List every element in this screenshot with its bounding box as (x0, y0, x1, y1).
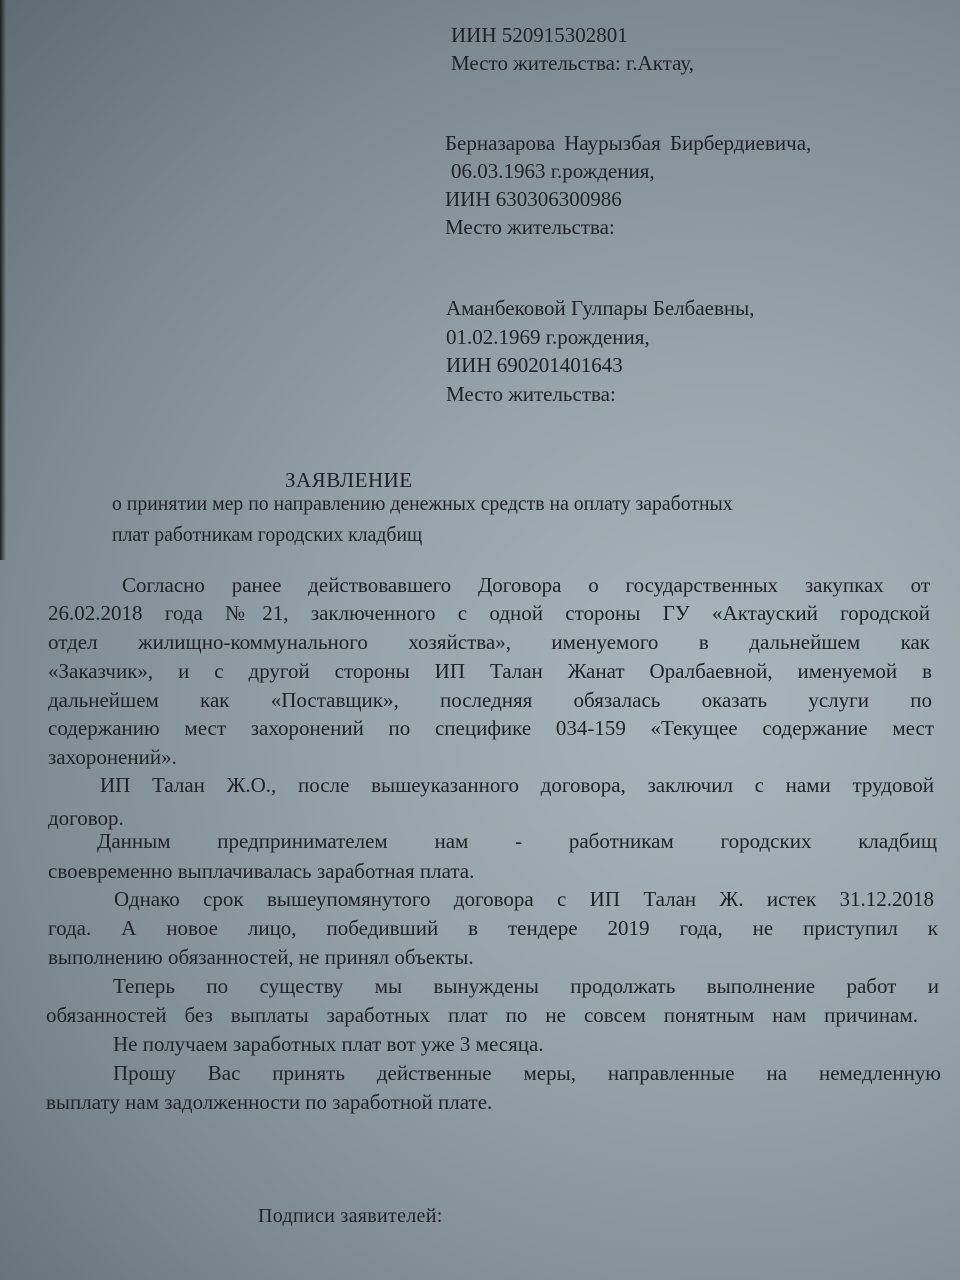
applicant-1-iin: ИИН 520915302801 (451, 22, 628, 48)
body-line: дальнейшем как «Поставщик», последняя об… (48, 687, 932, 713)
document-subtitle-line-1: о принятии мер по направлению денежных с… (112, 490, 733, 516)
body-line: 26.02.2018 года №21, заключенного с одно… (48, 600, 930, 626)
body-line: захоронений». (48, 744, 177, 770)
applicant-3-iin: ИИН 690201401643 (446, 352, 623, 378)
applicant-2-residence: Место жительства: (445, 214, 615, 240)
body-line: обязанностей без выплаты заработных плат… (46, 1002, 918, 1028)
body-line: отдел жилищно-коммунального хозяйства», … (48, 629, 930, 655)
body-line: Прошу Вас принять действенные меры, напр… (113, 1060, 941, 1086)
body-line: Не получаем заработных плат вот уже 3 ме… (113, 1031, 544, 1057)
body-line: выплату нам задолженности по заработной … (46, 1089, 492, 1115)
applicant-2-iin: ИИН 630306300986 (445, 186, 622, 212)
applicant-1-residence: Место жительства: г.Актау, (451, 50, 694, 76)
body-line: года. А новое лицо, победивший в тендере… (48, 915, 938, 941)
body-line: «Заказчик», и с другой стороны ИП Талан … (48, 658, 932, 684)
applicant-3-residence: Место жительства: (446, 381, 616, 407)
applicant-2-birth: 06.03.1963 г.рождения, (451, 158, 655, 184)
body-line: Однако срок вышеупомянутого договора с И… (114, 886, 934, 912)
body-line: ИП Талан Ж.О., после вышеуказанного дого… (100, 772, 934, 798)
body-line: Данным предпринимателем нам - работникам… (97, 828, 937, 854)
body-line: своевременно выплачивалась заработная пл… (48, 858, 474, 884)
document-subtitle-line-2: плат работникам городских кладбищ (112, 521, 422, 547)
applicant-3-name: Аманбековой Гулпары Белбаевны, (446, 295, 755, 321)
applicant-3-birth: 01.02.1969 г.рождения, (446, 324, 650, 350)
page-shadow-edge (0, 0, 6, 560)
body-line: выполнению обязанностей, не принял объек… (48, 944, 474, 970)
signatures-label: Подписи заявителей: (258, 1203, 443, 1229)
applicant-2-name: Берназарова Наурызбая Бирбердиевича, (445, 130, 811, 156)
body-line: Теперь по существу мы вынуждены продолжа… (113, 973, 939, 999)
body-line: Согласно ранее действовавшего Договора о… (122, 572, 930, 598)
body-line: содержанию мест захоронений по специфике… (48, 715, 934, 741)
